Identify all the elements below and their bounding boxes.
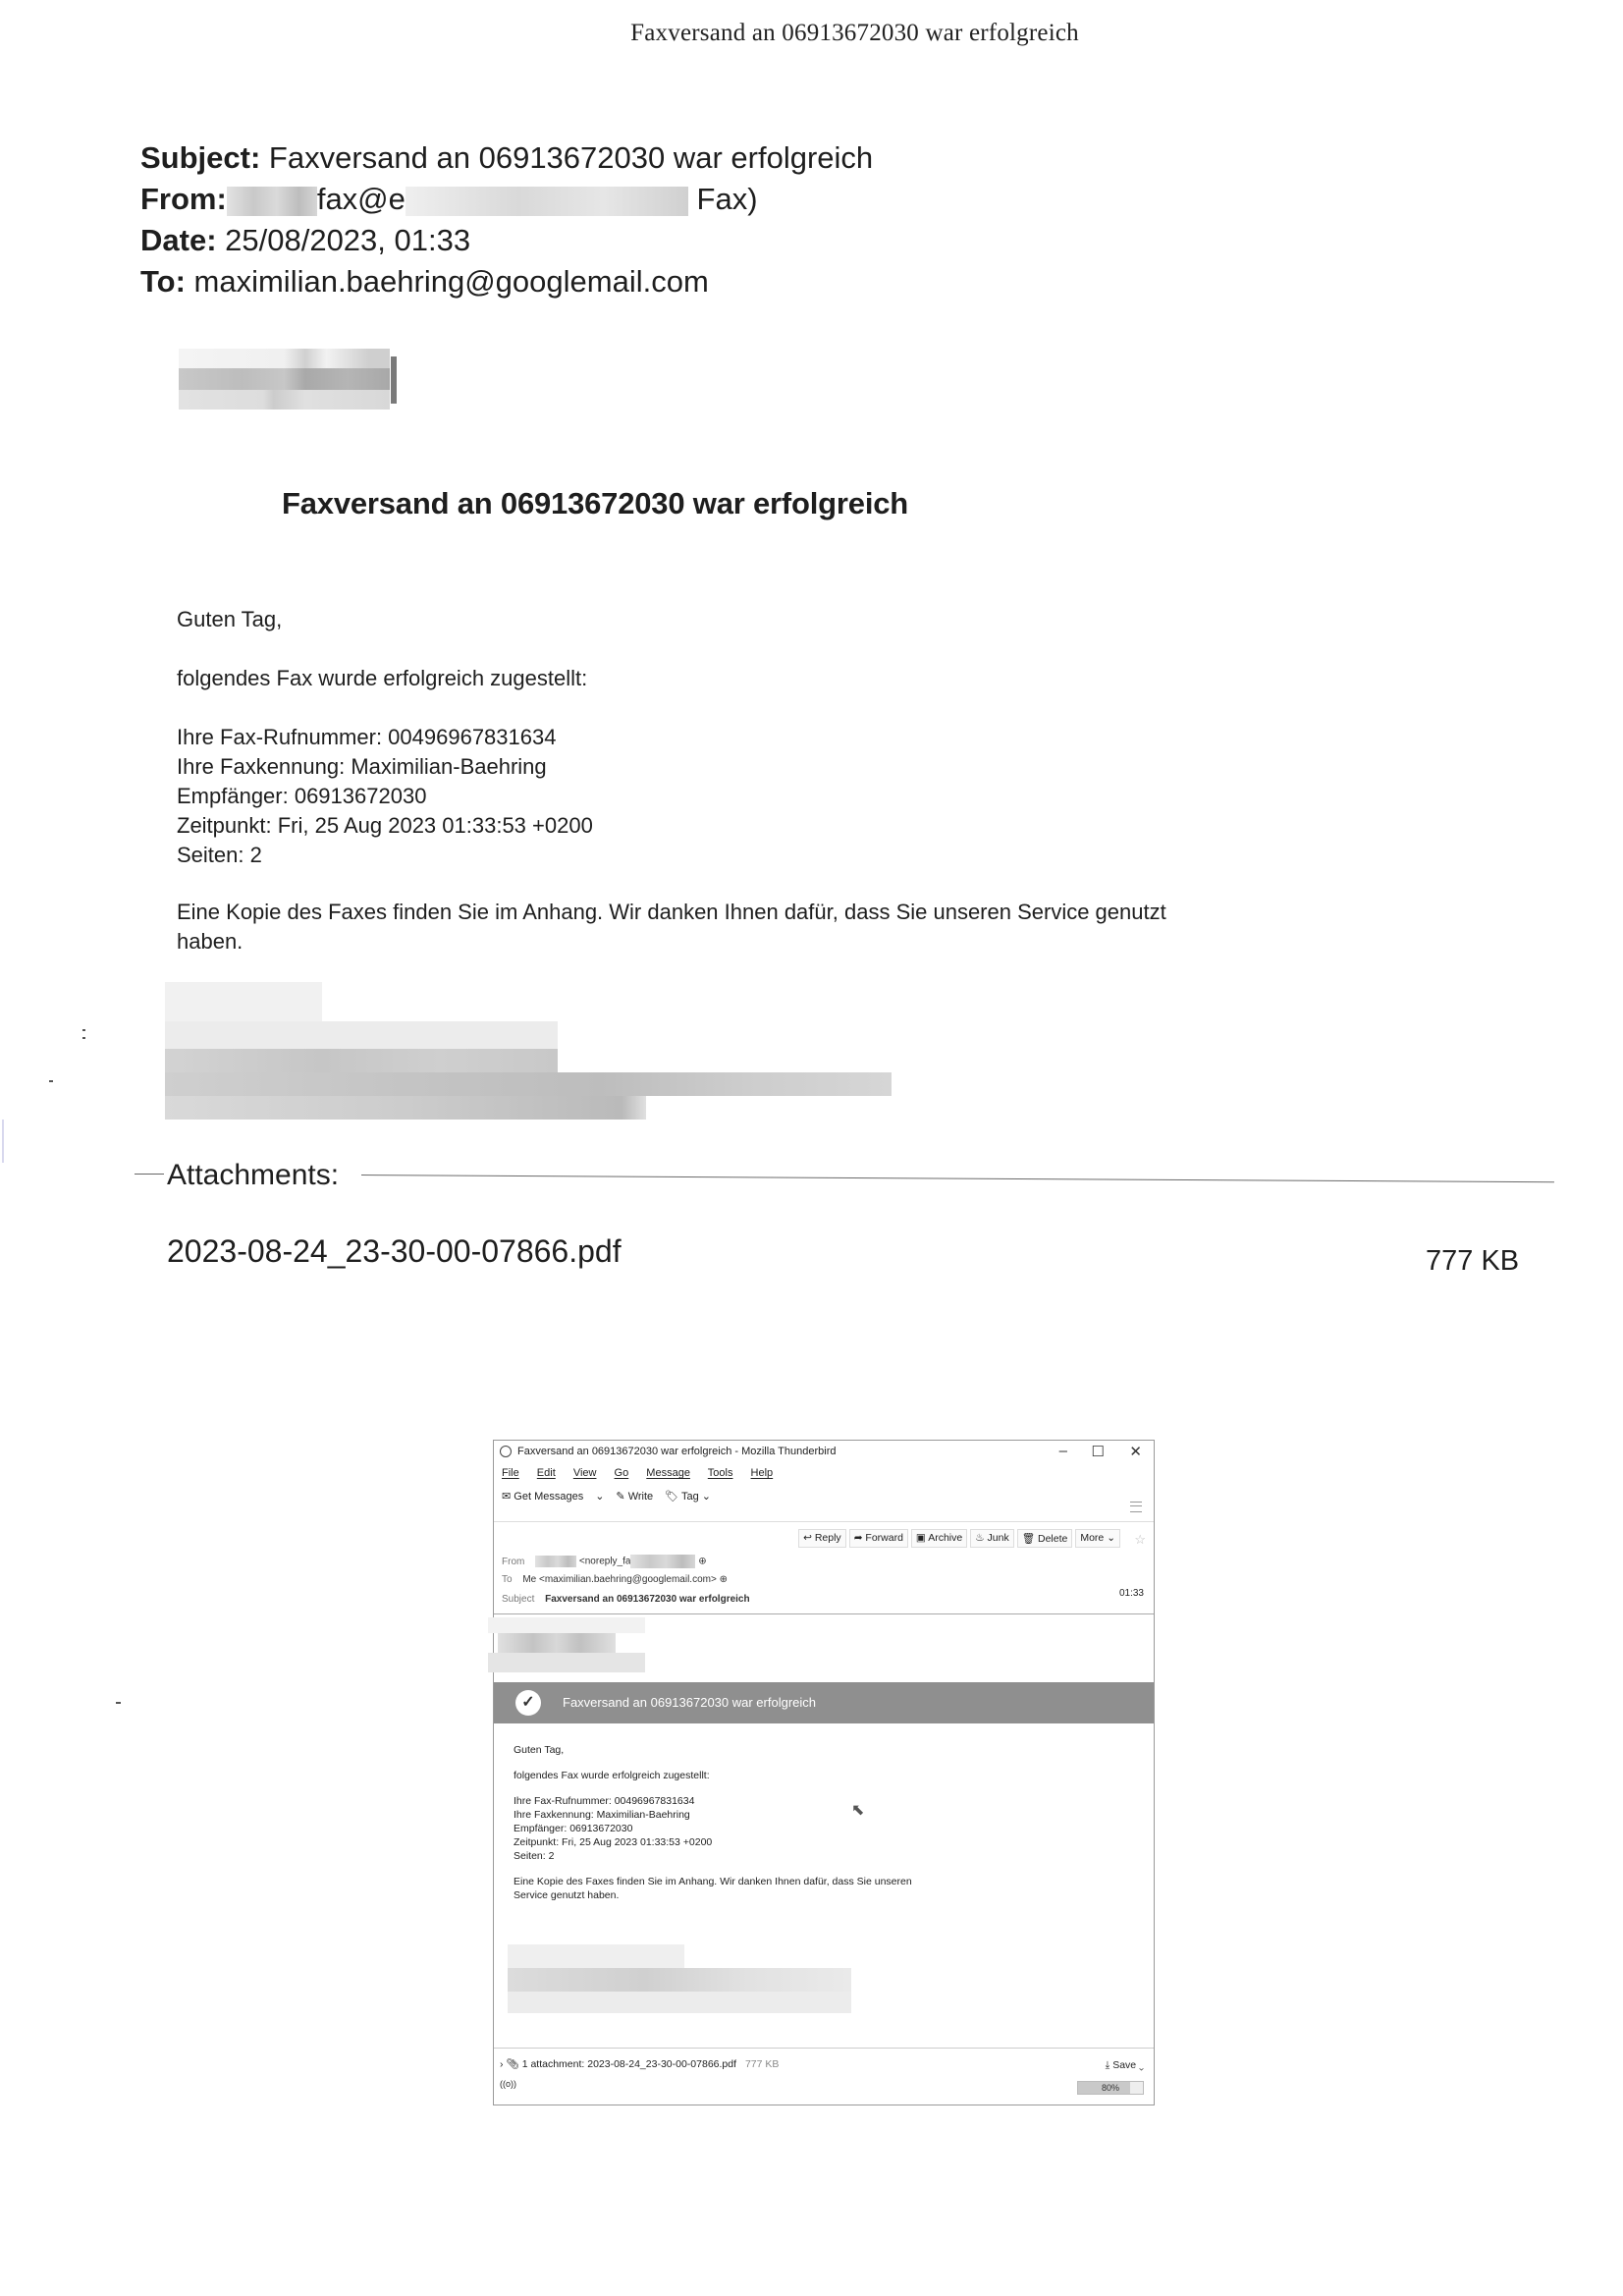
pencil-icon: ✎: [616, 1491, 627, 1503]
tb-message-body: Guten Tag, folgendes Fax wurde erfolgrei…: [514, 1743, 1063, 1902]
maximize-icon[interactable]: ☐: [1092, 1443, 1105, 1460]
junk-button[interactable]: ♨ Junk: [970, 1529, 1014, 1548]
tb-closing-1: Eine Kopie des Faxes finden Sie im Anhan…: [514, 1875, 1063, 1888]
inbox-icon: ✉: [502, 1491, 514, 1503]
progress-label: 80%: [1078, 2082, 1143, 2094]
redacted-sender-name: [227, 187, 317, 216]
tb-detail-fax-id: Ihre Faxkennung: Maximilian-Baehring: [514, 1808, 1063, 1822]
redacted-sender-domain: [406, 187, 688, 216]
save-button[interactable]: ⤓ Save ⌄: [1106, 2059, 1144, 2072]
main-toolbar: ✉ Get Messages ⌄ ✎ Write 🏷︎ Tag ⌄: [502, 1490, 711, 1503]
attachment-summary: 1 attachment: 2023-08-24_23-30-00-07866.…: [522, 2058, 736, 2070]
menu-help[interactable]: Help: [751, 1467, 774, 1479]
attachments-rule: [361, 1175, 1554, 1182]
subject-value: Faxversand an 06913672030 war erfolgreic…: [269, 140, 873, 175]
to-row: To: maximilian.baehring@googlemail.com: [140, 261, 873, 302]
tb-subject-row: Subject Faxversand an 06913672030 war er…: [502, 1594, 750, 1605]
attachment-summary-size: 777 KB: [745, 2058, 779, 2070]
tb-to-label: To: [502, 1574, 513, 1585]
message-body: Guten Tag, folgendes Fax wurde erfolgrei…: [177, 605, 1208, 957]
attachment-filename[interactable]: 2023-08-24_23-30-00-07866.pdf: [167, 1233, 622, 1270]
subject-label: Subject:: [140, 140, 260, 175]
redacted-signature-small: [508, 1944, 851, 2013]
closing-text: Eine Kopie des Faxes finden Sie im Anhan…: [177, 898, 1178, 957]
tb-detail-pages: Seiten: 2: [514, 1849, 1063, 1863]
subject-row: Subject: Faxversand an 06913672030 war e…: [140, 137, 873, 179]
tb-detail-fax-number: Ihre Fax-Rufnummer: 00496967831634: [514, 1794, 1063, 1808]
date-row: Date: 25/08/2023, 01:33: [140, 220, 873, 261]
archive-button[interactable]: ▣ Archive: [911, 1529, 967, 1548]
tb-from-value: <noreply_fa: [579, 1557, 631, 1567]
tb-time: 01:33: [1119, 1588, 1144, 1599]
tb-subject-label: Subject: [502, 1594, 534, 1605]
redacted-logo-small: [488, 1617, 645, 1672]
progress-bar: 80%: [1077, 2081, 1144, 2095]
tb-greeting: Guten Tag,: [514, 1743, 1063, 1757]
redacted-signature: [165, 982, 892, 1120]
intro-line: folgendes Fax wurde erfolgreich zugestel…: [177, 664, 1208, 693]
minimize-icon[interactable]: –: [1059, 1443, 1067, 1459]
banner-text: Faxversand an 06913672030 war erfolgreic…: [563, 1695, 816, 1710]
date-value: 25/08/2023, 01:33: [225, 223, 470, 257]
more-button[interactable]: More ⌄: [1075, 1529, 1120, 1548]
window-title: Faxversand an 06913672030 war erfolgreic…: [517, 1446, 836, 1457]
message-actions: ↩ Reply ➦ Forward ▣ Archive ♨ Junk 🗑︎ De…: [798, 1529, 1120, 1548]
tb-to-row: To Me <maximilian.baehring@googlemail.co…: [502, 1574, 728, 1585]
tb-closing-2: Service genutzt haben.: [514, 1888, 1063, 1902]
detail-recipient: Empfänger: 06913672030: [177, 782, 1208, 811]
contact-icon[interactable]: ⊕: [698, 1557, 706, 1567]
attachments-rule-left: [135, 1174, 164, 1175]
redacted-tb-sender: [535, 1556, 576, 1567]
redacted-logo: [179, 349, 405, 410]
from-row: From:fax@e Fax): [140, 179, 873, 220]
print-page-title: Faxversand an 06913672030 war erfolgreic…: [0, 20, 1623, 47]
mail-header: Subject: Faxversand an 06913672030 war e…: [140, 137, 873, 302]
attachment-size: 777 KB: [1426, 1245, 1519, 1278]
menu-message[interactable]: Message: [646, 1467, 690, 1479]
get-messages-dropdown[interactable]: ⌄: [595, 1490, 604, 1503]
menu-edit[interactable]: Edit: [537, 1467, 556, 1479]
activity-icon: ((o)): [500, 2079, 516, 2089]
date-label: Date:: [140, 223, 217, 257]
write-button[interactable]: ✎ Write: [616, 1490, 653, 1503]
window-titlebar: Faxversand an 06913672030 war erfolgreic…: [494, 1441, 1154, 1464]
thunderbird-app-icon: [500, 1446, 512, 1457]
success-banner: ✓ Faxversand an 06913672030 war erfolgre…: [494, 1682, 1154, 1723]
detail-fax-number: Ihre Fax-Rufnummer: 00496967831634: [177, 723, 1208, 752]
delete-button[interactable]: 🗑︎ Delete: [1017, 1529, 1073, 1548]
attachment-bar[interactable]: › 📎︎ 1 attachment: 2023-08-24_23-30-00-0…: [500, 2057, 779, 2070]
tag-button[interactable]: 🏷︎ Tag ⌄: [665, 1490, 711, 1503]
thunderbird-screenshot: Faxversand an 06913672030 war erfolgreic…: [493, 1440, 1155, 2105]
from-visible-part: fax@e: [317, 182, 406, 216]
menu-file[interactable]: File: [502, 1467, 519, 1479]
tb-intro: folgendes Fax wurde erfolgreich zugestel…: [514, 1769, 1063, 1782]
checkmark-icon: ✓: [515, 1690, 541, 1716]
star-icon[interactable]: ☆: [1134, 1532, 1146, 1548]
menu-tools[interactable]: Tools: [708, 1467, 733, 1479]
detail-pages: Seiten: 2: [177, 841, 1208, 870]
detail-fax-id: Ihre Faxkennung: Maximilian-Baehring: [177, 752, 1208, 782]
get-messages-button[interactable]: ✉ Get Messages: [502, 1490, 583, 1503]
to-label: To:: [140, 264, 186, 299]
close-icon[interactable]: ✕: [1129, 1443, 1142, 1460]
greeting: Guten Tag,: [177, 605, 1208, 634]
tb-to-value: Me <maximilian.baehring@googlemail.com>: [522, 1574, 716, 1585]
menu-bar: File Edit View Go Message Tools Help: [502, 1467, 782, 1479]
attachments-label: Attachments:: [167, 1159, 339, 1192]
paperclip-icon: 📎︎: [506, 2058, 518, 2070]
reply-button[interactable]: ↩ Reply: [798, 1529, 846, 1548]
expand-chevron-icon[interactable]: ›: [500, 2058, 504, 2070]
contact-icon[interactable]: ⊕: [720, 1574, 728, 1585]
tb-detail-timestamp: Zeitpunkt: Fri, 25 Aug 2023 01:33:53 +02…: [514, 1835, 1063, 1849]
menu-go[interactable]: Go: [615, 1467, 629, 1479]
app-menu-icon[interactable]: [1130, 1502, 1142, 1512]
tb-detail-recipient: Empfänger: 06913672030: [514, 1822, 1063, 1835]
tb-from-row: From <noreply_fa ⊕: [502, 1555, 707, 1568]
body-heading: Faxversand an 06913672030 war erfolgreic…: [282, 486, 908, 521]
forward-button[interactable]: ➦ Forward: [849, 1529, 908, 1548]
from-suffix: Fax): [697, 182, 758, 216]
to-value: maximilian.baehring@googlemail.com: [194, 264, 709, 299]
detail-timestamp: Zeitpunkt: Fri, 25 Aug 2023 01:33:53 +02…: [177, 811, 1208, 841]
mouse-cursor-icon: ⬉: [851, 1800, 864, 1820]
from-label: From:: [140, 182, 227, 216]
tb-subject-value: Faxversand an 06913672030 war erfolgreic…: [545, 1594, 749, 1605]
tb-from-label: From: [502, 1557, 524, 1567]
menu-view[interactable]: View: [573, 1467, 597, 1479]
redacted-tb-sender-address: [630, 1555, 695, 1568]
tag-icon: 🏷︎: [665, 1491, 681, 1503]
